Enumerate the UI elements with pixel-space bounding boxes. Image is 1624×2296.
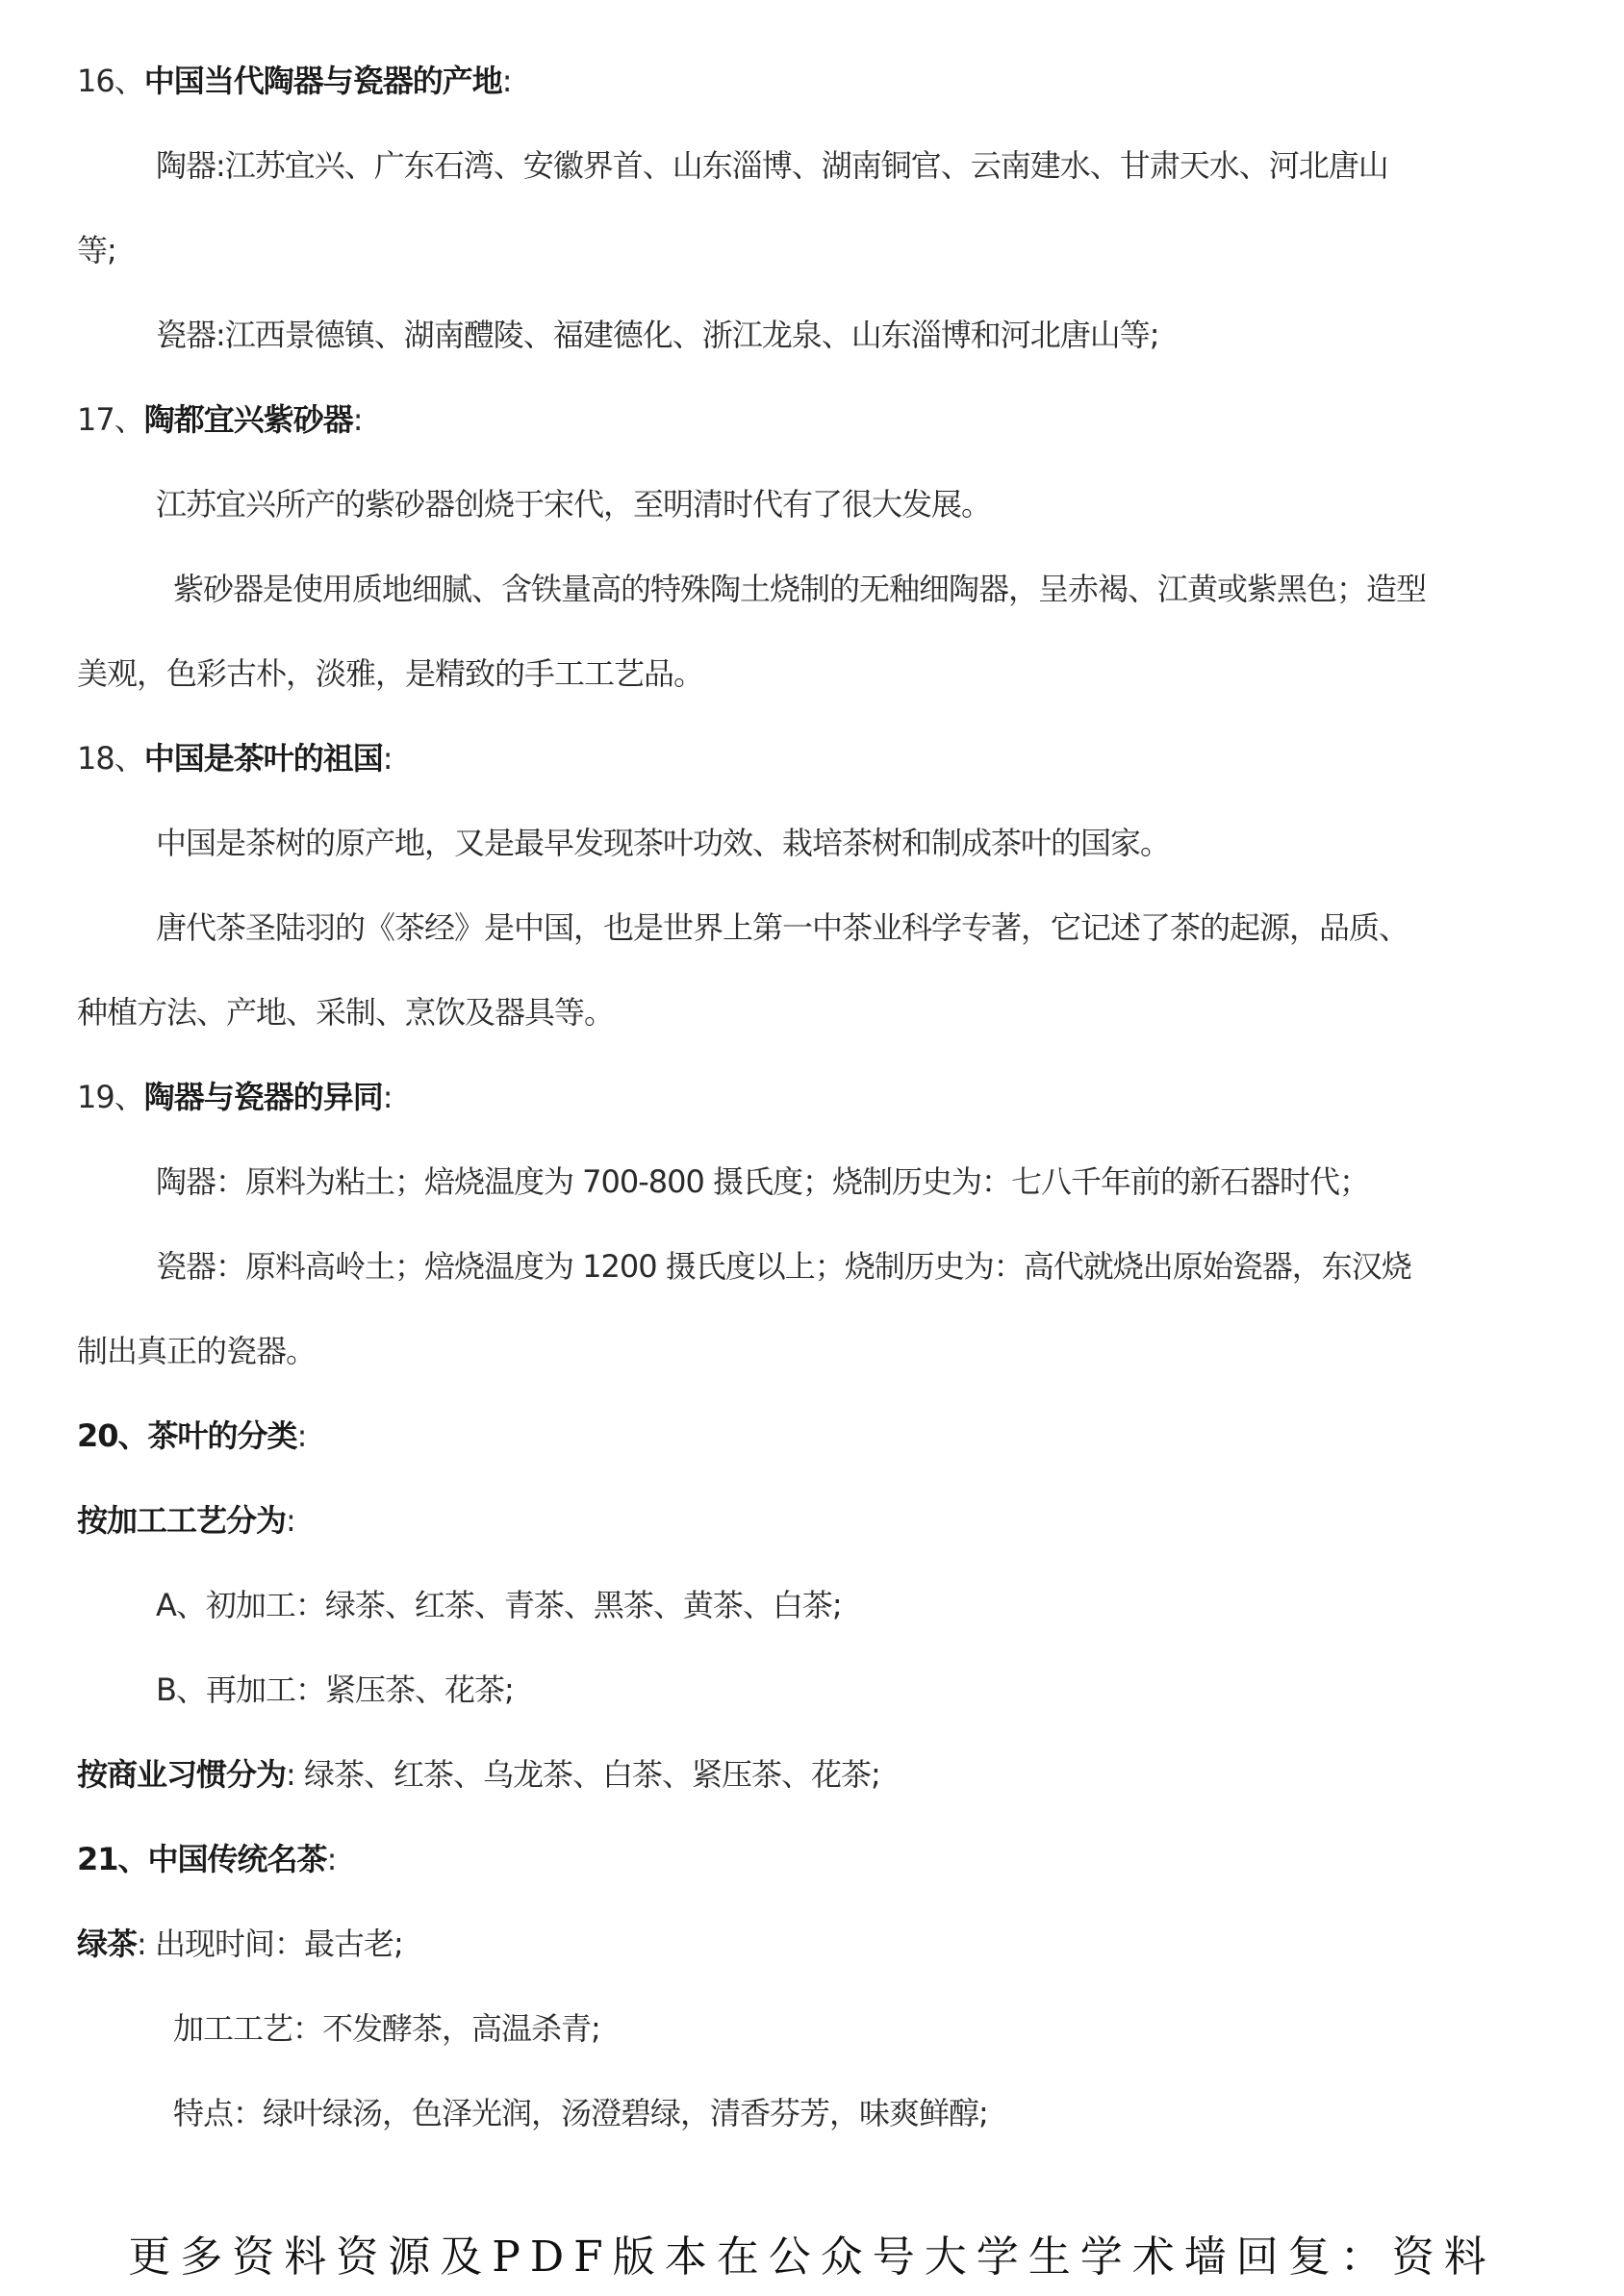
section-16-heading: 16、中国当代陶器与瓷器的产地: xyxy=(77,60,512,102)
section-number: 21、 xyxy=(77,1841,148,1877)
by-process-heading: 按加工工艺分为: xyxy=(77,1499,295,1542)
green-tea-time: : 出现时间：最古老; xyxy=(137,1926,403,1962)
paragraph-continuation: 种植方法、产地、采制、烹饮及器具等。 xyxy=(77,991,614,1033)
section-number: 19、 xyxy=(77,1079,144,1115)
green-tea-features: 特点：绿叶绿汤，色泽光润，汤澄碧绿，清香芬芳，味爽鲜醇; xyxy=(173,2092,988,2134)
paragraph: 江苏宜兴所产的紫砂器创烧于宋代，至明清时代有了很大发展。 xyxy=(156,483,991,525)
by-commerce-line: 按商业习惯分为: 绿茶、红茶、乌龙茶、白茶、紧压茶、花茶; xyxy=(77,1753,880,1796)
pottery-origins-continuation: 等; xyxy=(77,229,116,271)
pottery-comparison: 陶器：原料为粘土；焙烧温度为 700-800 摄氏度；烧制历史为：七八千年前的新… xyxy=(156,1161,1369,1203)
section-21-heading: 21、中国传统名茶: xyxy=(77,1838,336,1880)
section-number: 16、 xyxy=(77,63,144,99)
section-number: 17、 xyxy=(77,401,144,438)
porcelain-origins: 江西景德镇、湖南醴陵、福建德化、浙江龙泉、山东淄博和河北唐山等; xyxy=(225,317,1159,353)
porcelain-comparison-continuation: 制出真正的瓷器。 xyxy=(77,1330,316,1372)
green-tea-line: 绿茶: 出现时间：最古老; xyxy=(77,1923,403,1965)
green-tea-process: 加工工艺：不发酵茶，高温杀青; xyxy=(173,2007,600,2050)
porcelain-origins-line: 瓷器:江西景德镇、湖南醴陵、福建德化、浙江龙泉、山东淄博和河北唐山等; xyxy=(156,314,1159,356)
paragraph: 中国是茶树的原产地，又是最早发现茶叶功效、栽培茶树和制成茶叶的国家。 xyxy=(156,822,1170,864)
section-19-heading: 19、陶器与瓷器的异同: xyxy=(77,1076,393,1118)
list-item-b: B、再加工：紧压茶、花茶; xyxy=(156,1669,514,1711)
section-20-heading: 20、茶叶的分类: xyxy=(77,1415,306,1457)
by-commerce-label: 按商业习惯分为 xyxy=(77,1756,286,1793)
list-item-a: A、初加工：绿茶、红茶、青茶、黑茶、黄茶、白茶; xyxy=(156,1584,842,1626)
section-title: 陶都宜兴紫砂器 xyxy=(144,401,353,438)
pottery-label: 陶器: xyxy=(156,147,225,184)
section-number: 18、 xyxy=(77,740,144,777)
section-title: 中国是茶叶的祖国 xyxy=(144,740,383,777)
paragraph: 紫砂器是使用质地细腻、含铁量高的特殊陶土烧制的无釉细陶器，呈赤褐、江黄或紫黑色；… xyxy=(173,568,1426,610)
porcelain-comparison: 瓷器：原料高岭土；焙烧温度为 1200 摄氏度以上；烧制历史为：高代就烧出原始瓷… xyxy=(156,1245,1411,1288)
paragraph: 唐代茶圣陆羽的《茶经》是中国，也是世界上第一中茶业科学专著，它记述了茶的起源，品… xyxy=(156,906,1408,949)
pottery-origins-line: 陶器:江苏宜兴、广东石湾、安徽界首、山东淄博、湖南铜官、云南建水、甘肃天水、河北… xyxy=(156,144,1388,187)
section-title: 中国当代陶器与瓷器的产地 xyxy=(144,63,502,99)
pottery-origins: 江苏宜兴、广东石湾、安徽界首、山东淄博、湖南铜官、云南建水、甘肃天水、河北唐山 xyxy=(225,147,1388,184)
section-17-heading: 17、陶都宜兴紫砂器: xyxy=(77,398,363,441)
footer-promo-text: 更多资料资源及PDF版本在公众号大学生学术墙回复：资料 xyxy=(0,2231,1624,2284)
green-tea-label: 绿茶 xyxy=(77,1926,137,1962)
section-18-heading: 18、中国是茶叶的祖国: xyxy=(77,737,393,779)
section-title: 中国传统名茶 xyxy=(148,1841,327,1877)
section-title: 茶叶的分类 xyxy=(148,1417,297,1454)
by-process-label: 按加工工艺分为 xyxy=(77,1502,286,1539)
section-title: 陶器与瓷器的异同 xyxy=(144,1079,383,1115)
by-commerce-value: : 绿茶、红茶、乌龙茶、白茶、紧压茶、花茶; xyxy=(286,1756,880,1793)
porcelain-label: 瓷器: xyxy=(156,317,225,353)
paragraph-continuation: 美观，色彩古朴，淡雅，是精致的手工工艺品。 xyxy=(77,652,703,695)
section-number: 20、 xyxy=(77,1417,148,1454)
